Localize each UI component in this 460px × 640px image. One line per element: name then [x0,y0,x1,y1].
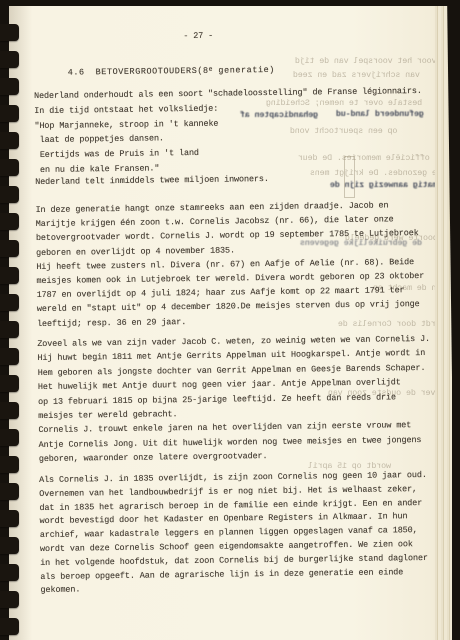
comb-binding-tooth [0,213,19,230]
comb-binding-tooth [0,78,19,95]
section-number: 4.6 [68,67,85,77]
generation-open: (8 [197,66,208,76]
comb-binding-tooth [0,537,19,554]
page-number: - 27 - [183,30,213,42]
typewritten-text-layer: - 27 - 4.6BETOVERGROOTOUDERS(8e generati… [0,0,460,640]
paragraph-intro-folk-song: Nederland onderhoudt als een soort "scha… [34,84,423,178]
generation-tail: generatie) [213,65,275,76]
paragraph-generation: In deze generatie hangt onze stamreeks a… [35,198,424,331]
comb-binding-tooth [0,321,19,338]
comb-binding-tooth [0,348,19,365]
comb-binding-tooth [0,105,19,122]
comb-binding-tooth [0,132,19,149]
background-top [0,0,460,6]
comb-binding-tooth [0,240,19,257]
comb-binding-tooth [0,159,19,176]
comb-binding-tooth [0,402,19,419]
comb-binding-tooth [0,267,19,284]
comb-binding-tooth [0,51,19,68]
comb-binding-tooth [0,591,19,608]
section-heading: 4.6BETOVERGROOTOUDERS(8e generatie) [34,51,276,91]
paragraph-farm-end: Als Cornelis J. in 1835 overlijdt, is zi… [39,469,428,598]
comb-binding-tooth [0,294,19,311]
section-title: BETOVERGROOTOUDERS [96,66,198,77]
comb-binding-tooth [0,483,19,500]
paragraph-marriages: Zoveel als we van zijn vader Jacob C. we… [37,332,431,467]
comb-binding-tooth [0,375,19,392]
comb-binding-tooth [0,618,19,635]
comb-binding-tooth [0,24,19,41]
paragraph-population: Nederland telt inmiddels twee miljoen in… [35,172,269,189]
comb-binding-tooth [0,510,19,527]
scanned-book-page: voor het voorspel van de tijd van schrij… [0,0,460,640]
comb-binding-tooth [0,564,19,581]
comb-binding-tooth [0,429,19,446]
comb-binding-tooth [0,186,19,203]
comb-binding-tooth [0,456,19,473]
